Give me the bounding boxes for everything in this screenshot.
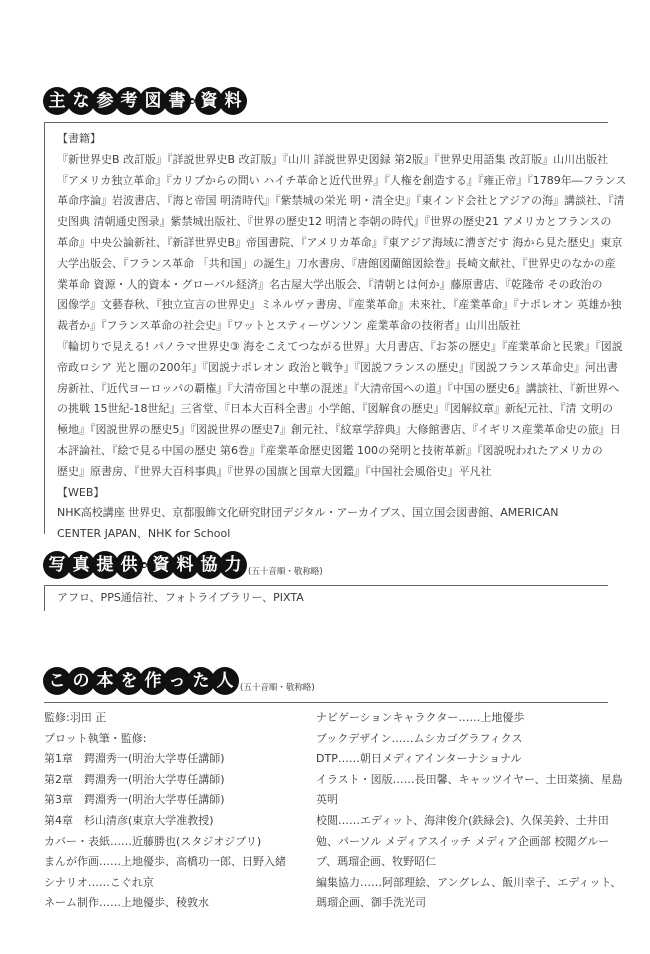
book-reference-line: 図像学』文藝春秋、『独立宣言の世界史』ミネルヴァ書房、『産業革命』未來社、『産業…	[57, 295, 608, 316]
heading-char: 提	[92, 552, 118, 578]
book-reference-line: 業革命 資源・人的資本・グローバル経済』名古屋大学出版会、『清朝とは何か』藤原書…	[57, 275, 608, 296]
heading-char: 資	[148, 552, 174, 578]
book-reference-line: の挑戦 15世紀-18世紀』三省堂、『日本大百科全書』小学館、『図解食の歴史』『…	[57, 399, 608, 420]
staff-credit-line: ネーム制作……上地優歩、稜敦水	[44, 893, 286, 914]
heading-char: 主	[44, 88, 70, 114]
heading-char: こ	[44, 668, 70, 694]
book-reference-line: 帝政ロシア 光と闇の200年』『図説ナポレオン 政治と戦争』『図説フランスの歴史…	[57, 358, 608, 379]
heading-char: 協	[196, 552, 222, 578]
heading-char: 考	[116, 88, 142, 114]
book-reference-line: 『新世界史B 改訂版』『詳説世界史B 改訂版』『山川 詳説世界史図録 第2版』『…	[57, 150, 608, 171]
heading-char: っ	[164, 668, 190, 694]
heading-char: な	[68, 88, 94, 114]
book-reference-line: 革命序論』岩波書店、『海と帝国 明清時代』『紫禁城の栄光 明・清全史』『東インド…	[57, 191, 608, 212]
heading-char: 料	[220, 88, 246, 114]
heading-char: 資	[196, 88, 222, 114]
heading-char: 真	[68, 552, 94, 578]
staff-credit-line: 英明	[316, 790, 623, 811]
staff-heading: この本を作った人 (五十音順・敬称略)	[44, 668, 315, 694]
heading-char: 書	[164, 88, 190, 114]
book-reference-line: 大学出版会、『フランス革命 「共和国」の誕生』刀水書房、『唐館図蘭館図絵巻』長崎…	[57, 254, 608, 275]
staff-right-column: ナビゲーションキャラクター……上地優歩ブックデザイン……ムシカゴグラフィクスDT…	[316, 708, 623, 914]
book-reference-line: 『輪切りで見える! パノラマ世界史③ 海をこえてつながる世界』大月書店、『お茶の…	[57, 337, 608, 358]
heading-char: 作	[140, 668, 166, 694]
heading-separator-dot	[141, 562, 147, 568]
book-reference-line: 房新社、『近代ヨーロッパの覇権』『大清帝国と中華の混迷』『大清帝国への道』『中国…	[57, 379, 608, 400]
book-reference-line: 革命』中央公論新社、『新詳世界史B』帝国書院、『アメリカ革命』『東アジア海域に漕…	[57, 233, 608, 254]
heading-char: の	[68, 668, 94, 694]
books-list: 『新世界史B 改訂版』『詳説世界史B 改訂版』『山川 詳説世界史図録 第2版』『…	[57, 150, 608, 483]
staff-credit-line: 第3章 鍔淵秀一(明治大学専任講師)	[44, 790, 286, 811]
heading-char: 料	[172, 552, 198, 578]
staff-credit-line: 第4章 杉山清彦(東京大学准教授)	[44, 811, 286, 832]
staff-credit-line: イラスト・図版……長田馨、キャッツイヤー、土田菜摘、星島	[316, 770, 623, 791]
heading-separator-dot	[189, 98, 195, 104]
web-list: NHK高校講座 世界史、京都服飾文化研究財団デジタル・アーカイブス、国立国会図書…	[57, 503, 608, 545]
books-label: 【書籍】	[57, 129, 608, 150]
web-label: 【WEB】	[57, 483, 608, 504]
book-reference-line: 裁者か』『フランス革命の社会史』『ワットとスティーヴンソン 産業革命の技術者』山…	[57, 316, 608, 337]
book-reference-line: 歴史』原書房、『世界大百科事典』『世界の国旗と国章大図鑑』『中国社会風俗史』平凡…	[57, 462, 608, 483]
photo-credits-heading: 写真提供資料協力 (五十音順・敬称略)	[44, 552, 323, 578]
staff-credit-line: 校閲……エディット、海津俊介(鉄緑会)、久保美鈴、土井田	[316, 811, 623, 832]
heading-char: た	[188, 668, 214, 694]
book-reference-line: 極地』『図説世界の歴史5』『図説世界の歴史7』創元社、『紋章学辞典』大修館書店、…	[57, 420, 608, 441]
book-reference-line: 本評論社、『絵で見る中国の歴史 第6巻』『産業革命歴史図鑑 100の発明と技術革…	[57, 441, 608, 462]
staff-note: (五十音順・敬称略)	[240, 681, 315, 693]
staff-divider	[44, 702, 608, 703]
staff-credit-line: 第2章 鍔淵秀一(明治大学専任講師)	[44, 770, 286, 791]
references-heading-chars: 主な参考図書資料	[44, 88, 244, 114]
staff-credit-line: プロット執筆・監修:	[44, 729, 286, 750]
references-box: 【書籍】 『新世界史B 改訂版』『詳説世界史B 改訂版』『山川 詳説世界史図録 …	[44, 122, 608, 534]
photo-credits-text: アフロ、PPS通信社、フォトライブラリー、PIXTA	[57, 588, 608, 609]
staff-heading-chars: この本を作った人	[44, 668, 236, 694]
photo-credits-box: アフロ、PPS通信社、フォトライブラリー、PIXTA	[44, 585, 608, 611]
staff-credit-line: 第1章 鍔淵秀一(明治大学専任講師)	[44, 749, 286, 770]
photo-credits-heading-chars: 写真提供資料協力	[44, 552, 244, 578]
staff-credit-line: 編集協力……阿部理絵、アングレム、飯川幸子、エディット、	[316, 873, 623, 894]
staff-credit-line: 監修:羽田 正	[44, 708, 286, 729]
web-reference-line: NHK高校講座 世界史、京都服飾文化研究財団デジタル・アーカイブス、国立国会図書…	[57, 503, 608, 524]
heading-char: を	[116, 668, 142, 694]
staff-credit-line: シナリオ……こぐれ京	[44, 873, 286, 894]
references-heading: 主な参考図書資料	[44, 88, 244, 114]
staff-credit-line: 勉、パーソル メディアスイッチ メディア企画部 校閲グルー	[316, 832, 623, 853]
heading-char: 力	[220, 552, 246, 578]
web-reference-line: CENTER JAPAN、NHK for School	[57, 524, 608, 545]
staff-credit-line: DTP……朝日メディアインターナショナル	[316, 749, 623, 770]
staff-credit-line: まんが作画……上地優歩、高橋功一郎、日野入緒	[44, 852, 286, 873]
photo-credits-note: (五十音順・敬称略)	[248, 565, 323, 577]
heading-char: 図	[140, 88, 166, 114]
staff-left-column: 監修:羽田 正プロット執筆・監修:第1章 鍔淵秀一(明治大学専任講師)第2章 鍔…	[44, 708, 286, 914]
book-reference-line: 『アメリカ独立革命』『カリブからの問い ハイチ革命と近代世界』『人権を創造する』…	[57, 171, 608, 192]
staff-credit-line: ナビゲーションキャラクター……上地優歩	[316, 708, 623, 729]
heading-char: 写	[44, 552, 70, 578]
book-reference-line: 史图典 清朝通史图录』紫禁城出版社、『世界の歴史12 明清と李朝の時代』『世界の…	[57, 212, 608, 233]
heading-char: 本	[92, 668, 118, 694]
heading-char: 参	[92, 88, 118, 114]
heading-char: 人	[212, 668, 238, 694]
staff-credit-line: プ、瑪瑠企画、牧野昭仁	[316, 852, 623, 873]
staff-credit-line: 瑪瑠企画、御手洗光司	[316, 893, 623, 914]
heading-char: 供	[116, 552, 142, 578]
staff-credit-line: ブックデザイン……ムシカゴグラフィクス	[316, 729, 623, 750]
staff-credit-line: カバー・表紙……近藤勝也(スタジオジブリ)	[44, 832, 286, 853]
